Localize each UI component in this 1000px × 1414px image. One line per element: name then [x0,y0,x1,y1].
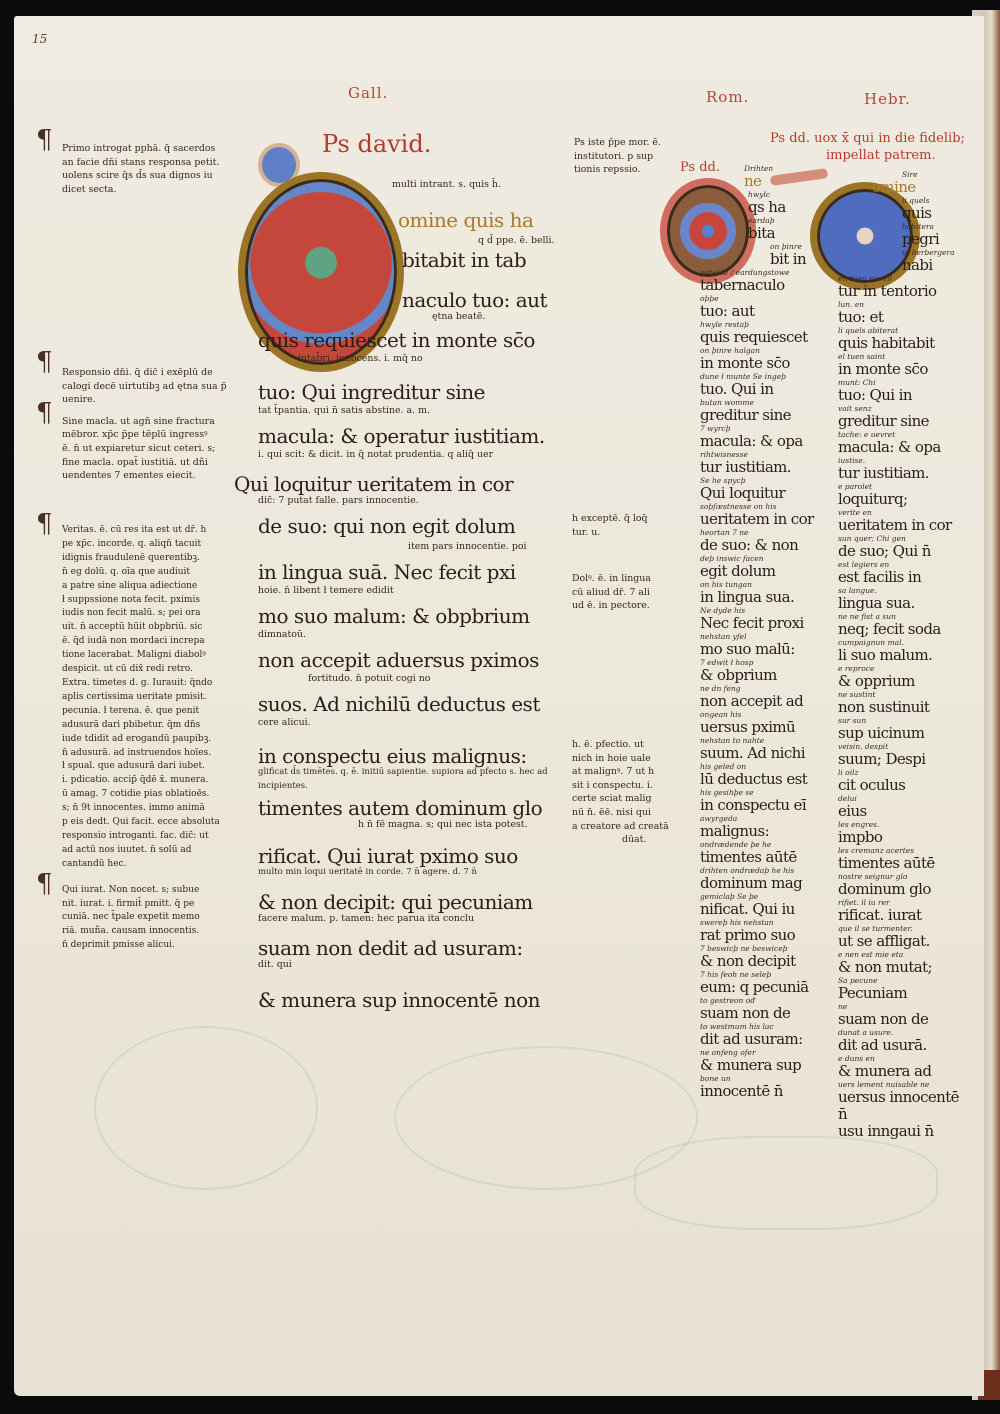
romanum-line: heortan 7 nede suo: & non [700,528,830,554]
hebraicum-line: uers lement nuisable neuersus innocentē … [838,1080,968,1123]
hebraicum-line: nesuam non de [838,1002,968,1028]
hebraicum-line: habiterapegri [902,222,968,248]
psalm-line: de suo: qui non egit dolum [258,514,578,540]
hebraicum-line: sa langue.lingua sua. [838,586,968,612]
romanum-line: nehstan to nahtesuum. Ad nichi [700,736,830,762]
hebraicum-line: e duns en& munera ad [838,1054,968,1080]
romanum-line: his geled onlū deductus est [700,762,830,788]
hebraicum-line: rifiet. il iu rerrificat. iurat [838,898,968,924]
commentary-block: ¶ Responsio dn̄i. q̄ dic̄ i exēplū de ca… [40,366,240,407]
header-hebraicum: Hebr. [864,90,911,108]
paragraph-mark-icon: ¶ [36,407,53,421]
romanum-line: getelde / eardungstowetabernaculo [700,268,830,294]
psalm-line: in lingua suā. Nec fecit pxi [258,560,578,584]
romanum-line: bone uninnocentē n̄ [700,1074,830,1100]
hebraicum-line: cumpaignun mal.li suo malum. [838,638,968,664]
romanum-line: ongean hisuersus pximū [700,710,830,736]
romanum-line: to westmum his lacdit ad usuram: [700,1022,830,1048]
romanum-line: 7 beswicþ ne beswiceþ& non decipit [700,944,830,970]
romanum-line: nehstan yfelmo suo malū: [700,632,830,658]
psalm-line: timentes autem dominum glo [258,796,578,818]
hebraicum-line: tache: e uevretmacula: & opa [838,430,968,456]
underdrawing-sketch [634,1136,938,1230]
psalm-line: suos. Ad nichilū deductus est [258,692,578,716]
gallicanum-text: multi intrant. s. quis h̄. omine quis ha… [258,178,578,1010]
romanum-line: 7 his feoh ne seleþeum: q pecuniā [700,970,830,996]
romanum-line: butan wommegreditur sine [700,398,830,424]
hebraicum-line: usu inngaui n̄ [838,1123,968,1140]
hebraicum-line: ne ne fist a sunneq; fecit soda [838,612,968,638]
left-commentary: ¶ Responsio dn̄i. q̄ dic̄ i exēplū de ca… [40,366,240,483]
romanum-line: rihtwisnessetur iustitiam. [700,450,830,476]
hebraicum-text: Sireomine li quelsquis habiterapegri ul … [838,170,968,1140]
romanum-line: hwyle restaþquis requiescet [700,320,830,346]
romanum-line: Se he spycþQui loquitur [700,476,830,502]
commentary-block: ¶ Veritas. ē. cū res ita est ut dr̄. h p… [40,524,240,872]
middle-commentary: Ps iste p̄pe mor. ē. institutori. p sup … [574,136,674,177]
hebraicum-line: e paroletloquiturq; [838,482,968,508]
commentary-block: ¶ Sine macla. ut agn̄ sine fractura mēbr… [40,415,240,483]
psalm-line: in conspectu eius malignus: [258,744,578,766]
folio-number: 15 [32,32,47,46]
romanum-line: awyrgedamalignus: [700,814,830,840]
middle-commentary: h. ē. pfectio. ut nich in hoie uale at m… [572,738,682,847]
middle-commentary: Dolꝰ. ē. in lingua cū aliud dr̄. 7 ali u… [572,572,682,613]
romanum-line: Ne dyde hisNec fecit proxi [700,606,830,632]
header-romanum: Rom. [706,88,749,106]
hebraicum-line: verite enueritatem in cor [838,508,968,534]
romanum-line: Drihtenne [744,164,830,190]
romanum-line: ne dn fengnon accepit ad [700,684,830,710]
psalm-line: & non decipit: qui pecuniam [258,890,578,912]
hebraicum-line: e nen est mie eta& non mutat; [838,950,968,976]
psalm-line: bitabit in tab [402,248,578,288]
underdrawing-sketch [94,1026,318,1190]
hebraicum-line: nostre seignur glodominum glo [838,872,968,898]
romanum-line: ondrædende þe hetimentes aūtē [700,840,830,866]
psalm-line: tuo: Qui ingreditur sine [258,380,578,404]
romanum-line: soþfæstnesse on hisueritatem in cor [700,502,830,528]
romanum-line: dune ł munte Se ingeþtuo. Qui in [700,372,830,398]
hebraicum-line: deluieius [838,794,968,820]
hebraicum-line: veisin. despitsuum; Despi [838,742,968,768]
psalm-line: mo suo malum: & obpbrium [258,604,578,628]
psalm-line: naculo tuo: aut [402,288,578,310]
romanum-line: on his tunganin lingua sua. [700,580,830,606]
hebraicum-line: ne sustintnon sustinuit [838,690,968,716]
romanum-line: 7 wyrcþmacula: & opa [700,424,830,450]
romanum-line: gemiclaþ Se þenificat. Qui iu [700,892,830,918]
commentary-block: ¶ Primo introgat pphā. q̄ sacerdos an fa… [40,142,240,196]
romanum-line: his gesihþe sein conspectu eī [700,788,830,814]
hebraicum-line: est legiers enest facilis in [838,560,968,586]
romanum-text: Drihtenne hwylcqs ha eardaþbita on þinre… [700,164,830,1100]
hebraicum-line: li oilzcit oculus [838,768,968,794]
left-commentary: ¶ Primo introgat pphā. q̄ sacerdos an fa… [40,142,240,196]
psalm-title-rubric: Ps david. [322,130,431,158]
middle-commentary: h exceptē. q̄ loq̄ tur. u. [572,512,682,539]
hebraicum-line: li quelsquis [902,196,968,222]
hebraicum-line: sur sunsup uicinum [838,716,968,742]
romanum-line: on þinre halganin monte sc̄o [700,346,830,372]
psalm-line: omine quis ha [398,208,578,234]
hebraicum-line: el tuen saintin monte sc̄o [838,352,968,378]
psalm-line: Qui loquitur ueritatem in cor [234,472,578,494]
hebraicum-line: ul herbergeranabi [902,248,968,274]
paragraph-mark-icon: ¶ [36,356,53,370]
psalm-line: suam non dedit ad usuram: [258,936,578,958]
commentary-block: ¶ Qui iurat. Non nocet. s; subue nit. iu… [40,884,240,954]
hebraicum-rubric: Ps dd. uox x̄ qui in die fidelib; impell… [770,130,965,164]
romanum-line: oþþetuo: aut [700,294,830,320]
hebraicum-line: iustise.tur iustitiam. [838,456,968,482]
paragraph-mark-icon: ¶ [36,878,53,892]
romanum-line: to gestreon ođsuam non de [700,996,830,1022]
psalm-line: non accepit aduersus pximos [258,648,578,672]
hebraicum-line: lun. entuo: et [838,300,968,326]
psalm-line: quis requiescet in monte sc̄o [258,328,578,352]
psalm-line: rificat. Qui iurat pximo suo [258,844,578,866]
romanum-line: ne onfeng ofer& munera sup [700,1048,830,1074]
hebraicum-line: sun quer; Chi gende suo; Qui n̄ [838,534,968,560]
hebraicum-line: les cremanz acertestimentes aūtē [838,846,968,872]
psalm-line: & munera sup innocentē non [258,988,578,1010]
hebraicum-line: en tuen paveiltur in tentorio [838,274,968,300]
psalm-line: macula: & operatur iustitiam. [258,424,578,448]
hebraicum-line: les engres.impbo [838,820,968,846]
left-commentary: ¶ Veritas. ē. cū res ita est ut dr̄. h p… [40,524,240,953]
paragraph-mark-icon: ¶ [36,134,53,148]
hebraicum-line: li quels abiteratquis habitabit [838,326,968,352]
hebraicum-line: e reproce& opprium [838,664,968,690]
romanum-line: deþ inswic facenegit dolum [700,554,830,580]
romanum-line: drihten ondrædaþ he hisdominum mag [700,866,830,892]
hebraicum-line: Sireomine [902,170,968,196]
hebraicum-line: Sa pecunePecuniam [838,976,968,1002]
hebraicum-line: dunat a usure.dit ad usurā. [838,1028,968,1054]
hebraicum-line: vait senzgreditur sine [838,404,968,430]
romanum-line: 7 edwit ł hosp& obprium [700,658,830,684]
header-gallicanum: Gall. [348,84,388,102]
hebraicum-line: munt: Chituo: Qui in [838,378,968,404]
romanum-line: swereþ his nehstanrat primo suo [700,918,830,944]
hebraicum-line: que il se turmenter.ut se affligat. [838,924,968,950]
paragraph-mark-icon: ¶ [36,518,53,532]
